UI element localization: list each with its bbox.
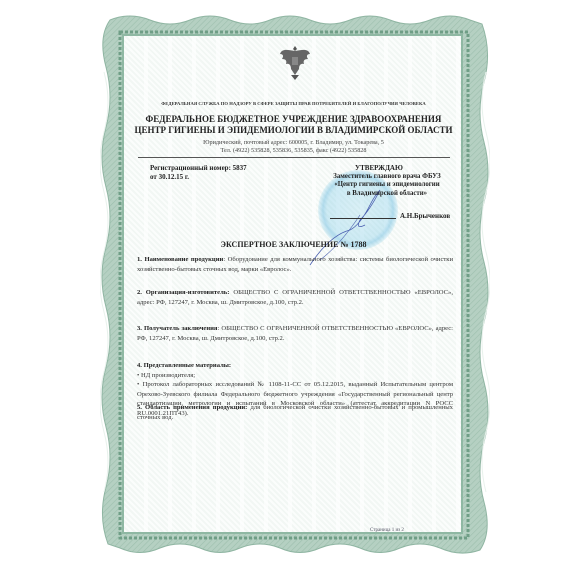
approval-title: УТВЕРЖДАЮ xyxy=(355,164,403,172)
section-manufacturer: 2. Организация-изготовитель: ОБЩЕСТВО С … xyxy=(137,288,453,307)
signer-name: А.Н.Брыченков xyxy=(400,212,450,220)
section-application-area: 5. Область применения продукции: для био… xyxy=(137,403,453,422)
emblem-icon xyxy=(278,42,312,82)
signature-line xyxy=(330,218,396,219)
organization-name-line2: ЦЕНТР ГИГИЕНЫ И ЭПИДЕМИОЛОГИИ В ВЛАДИМИР… xyxy=(124,125,463,135)
section-label: 4. Представленные материалы: xyxy=(137,362,231,369)
agency-name: ФЕДЕРАЛЬНАЯ СЛУЖБА ПО НАДЗОРУ В СФЕРЕ ЗА… xyxy=(124,101,463,106)
section-product-name: 1. Наименование продукции: Оборудование … xyxy=(137,255,453,274)
document-title: ЭКСПЕРТНОЕ ЗАКЛЮЧЕНИЕ № 1788 xyxy=(124,240,463,249)
organization-phones: Тел. (4922) 535828, 535836, 535835, факс… xyxy=(124,147,463,154)
approval-position: Заместитель главного врача ФБУЗ xyxy=(312,173,462,180)
section-label: 5. Область применения продукции: xyxy=(137,404,247,411)
section-label: 2. Организация-изготовитель: xyxy=(137,289,229,296)
inner-border xyxy=(122,34,463,534)
section-label: 1. Наименование продукции xyxy=(137,256,223,263)
header-divider xyxy=(138,157,450,158)
section-label: 3. Получатель заключения xyxy=(137,325,218,332)
approval-org-line1: «Центр гигиены и эпидемиологии xyxy=(312,181,462,188)
registration-date: от 30.12.15 г. xyxy=(150,173,189,181)
registration-number: Регистрационный номер: 5837 xyxy=(150,164,247,172)
list-item: • НД производителя; xyxy=(137,371,453,381)
approval-org-line2: в Владимирской области» xyxy=(312,190,462,197)
page-number: Страница 1 из 2 xyxy=(370,528,404,533)
section-recipient: 3. Получатель заключения: ОБЩЕСТВО С ОГР… xyxy=(137,324,453,343)
organization-name-line1: ФЕДЕРАЛЬНОЕ БЮДЖЕТНОЕ УЧРЕЖДЕНИЕ ЗДРАВОО… xyxy=(124,114,463,124)
organization-address: Юридический, почтовый адрес: 600005, г. … xyxy=(124,139,463,146)
